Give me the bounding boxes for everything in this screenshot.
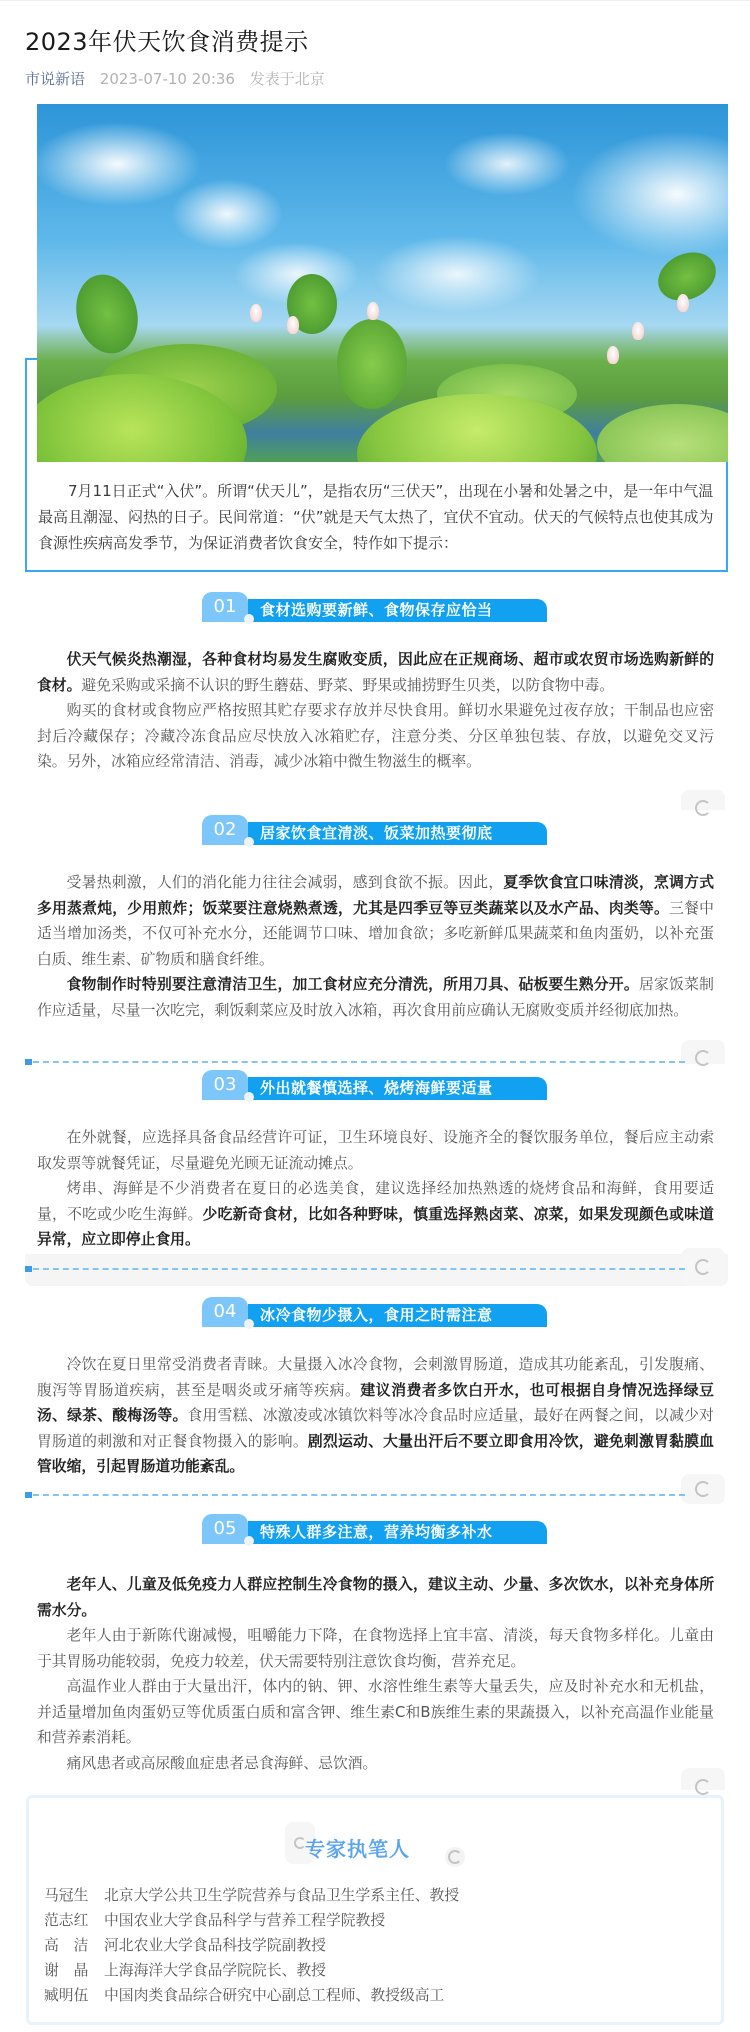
expert-name: 范志红 bbox=[44, 1908, 104, 1933]
expert-row: 马冠生北京大学公共卫生学院营养与食品卫生学系主任、教授 bbox=[44, 1883, 459, 1908]
expert-affiliation: 中国肉类食品综合研究中心副总工程师、教授级高工 bbox=[104, 1987, 444, 2004]
body-paragraph: 食物制作时特别要注意清洁卫生，加工食材应充分清洗，所用刀具、砧板要生熟分开。居家… bbox=[37, 972, 714, 1023]
section-body-05: 老年人、儿童及低免疫力人群应控制生冷食物的摄入，建议主动、少量、多次饮水，以补充… bbox=[37, 1572, 714, 1776]
section-title: 特殊人群多注意，营养均衡多补水 bbox=[248, 1521, 547, 1544]
body-paragraph: 购买的食材或食物应严格按照其贮存要求存放并尽快食用。鲜切水果避免过夜存放；干制品… bbox=[37, 698, 714, 775]
badge-dot-decoration bbox=[244, 1092, 254, 1102]
section-header-02: 02 居家饮食宜清淡、饭菜加热要彻底 bbox=[202, 815, 547, 845]
badge-dot-decoration bbox=[244, 1536, 254, 1546]
section-header-05: 05 特殊人群多注意，营养均衡多补水 bbox=[202, 1514, 547, 1544]
emphasis-text: 食物制作时特别要注意清洁卫生，加工食材应充分清洗，所用刀具、砧板要生熟分开。 bbox=[67, 976, 639, 993]
expert-row: 臧明伍中国肉类食品综合研究中心副总工程师、教授级高工 bbox=[44, 1983, 459, 2008]
lotus-leaf-decoration bbox=[337, 319, 407, 409]
body-paragraph: 高温作业人群由于大量出汗，体内的钠、钾、水溶性维生素等大量丢失，应及时补充水和无… bbox=[37, 1674, 714, 1751]
expert-affiliation: 上海海洋大学食品学院院长、教授 bbox=[104, 1962, 326, 1979]
section-body-01: 伏天气候炎热潮湿，各种食材均易发生腐败变质，因此应在正规商场、超市或农贸市场选购… bbox=[37, 647, 714, 775]
body-text: 避免采购或采摘不认识的野生蘑菇、野菜、野果或捕捞野生贝类，以防食物中毒。 bbox=[81, 677, 614, 694]
body-text: 在外就餐，应选择具备食品经营许可证，卫生环境良好、设施齐全的餐饮服务单位，餐后应… bbox=[37, 1129, 714, 1172]
loading-spinner-icon bbox=[681, 1768, 725, 1790]
expert-name: 臧明伍 bbox=[44, 1983, 104, 2008]
section-header-03: 03 外出就餐慎选择、烧烤海鲜要适量 bbox=[202, 1070, 547, 1100]
body-text: 老年人由于新陈代谢减慢，咀嚼能力下降，在食物选择上宜丰富、清淡，每天食物多样化。… bbox=[37, 1627, 714, 1670]
loading-spinner-icon bbox=[681, 1040, 725, 1064]
loading-spinner-icon bbox=[681, 1248, 725, 1286]
expert-row: 谢 晶上海海洋大学食品学院院长、教授 bbox=[44, 1958, 459, 1983]
body-paragraph: 老年人、儿童及低免疫力人群应控制生冷食物的摄入，建议主动、少量、多次饮水，以补充… bbox=[37, 1572, 714, 1623]
section-title: 居家饮食宜清淡、饭菜加热要彻底 bbox=[248, 822, 547, 845]
lotus-flower-decoration bbox=[677, 294, 689, 312]
section-body-03: 在外就餐，应选择具备食品经营许可证，卫生环境良好、设施齐全的餐饮服务单位，餐后应… bbox=[37, 1125, 714, 1253]
lotus-flower-decoration bbox=[367, 302, 379, 320]
section-number: 02 bbox=[202, 815, 248, 845]
section-title: 外出就餐慎选择、烧烤海鲜要适量 bbox=[248, 1077, 547, 1100]
hero-image bbox=[37, 104, 728, 462]
expert-row: 高 洁河北农业大学食品科技学院副教授 bbox=[44, 1933, 459, 1958]
article-title: 2023年伏天饮食消费提示 bbox=[25, 22, 309, 57]
expert-row: 范志红中国农业大学食品科学与营养工程学院教授 bbox=[44, 1908, 459, 1933]
expert-name: 马冠生 bbox=[44, 1883, 104, 1908]
lotus-flower-decoration bbox=[287, 316, 299, 334]
body-paragraph: 烤串、海鲜是不少消费者在夏日的必选美食，建议选择经加热熟透的烧烤食品和海鲜，食用… bbox=[37, 1176, 714, 1253]
lotus-flower-decoration bbox=[250, 304, 262, 322]
body-paragraph: 痛风患者或高尿酸血症患者忌食海鲜、忌饮酒。 bbox=[37, 1751, 714, 1777]
body-paragraph: 受暑热刺激，人们的消化能力往往会减弱，感到食欲不振。因此，夏季饮食宜口味清淡，烹… bbox=[37, 870, 714, 972]
publish-time: 2023-07-10 20:36 bbox=[100, 70, 235, 88]
body-paragraph: 冷饮在夏日里常受消费者青睐。大量摄入冰冷食物，会刺激胃肠道，造成其功能紊乱，引发… bbox=[37, 1352, 714, 1480]
section-header-04: 04 冰冷食物少摄入，食用之时需注意 bbox=[202, 1297, 547, 1327]
body-text: 购买的食材或食物应严格按照其贮存要求存放并尽快食用。鲜切水果避免过夜存放；干制品… bbox=[37, 702, 714, 770]
lotus-flower-decoration bbox=[632, 322, 644, 340]
badge-dot-decoration bbox=[244, 614, 254, 624]
lotus-flower-decoration bbox=[607, 346, 619, 364]
section-body-04: 冷饮在夏日里常受消费者青睐。大量摄入冰冷食物，会刺激胃肠道，造成其功能紊乱，引发… bbox=[37, 1352, 714, 1480]
lotus-leaf-decoration bbox=[597, 404, 728, 462]
badge-dot-decoration bbox=[244, 837, 254, 847]
section-header-01: 01 食材选购要新鲜、食物保存应恰当 bbox=[202, 592, 547, 622]
author-link[interactable]: 市说新语 bbox=[25, 70, 85, 88]
expert-affiliation: 河北农业大学食品科技学院副教授 bbox=[104, 1937, 326, 1954]
section-divider bbox=[25, 1059, 685, 1065]
section-number: 03 bbox=[202, 1070, 248, 1100]
body-paragraph: 伏天气候炎热潮湿，各种食材均易发生腐败变质，因此应在正规商场、超市或农贸市场选购… bbox=[37, 647, 714, 698]
section-title: 食材选购要新鲜、食物保存应恰当 bbox=[248, 599, 547, 622]
section-title: 冰冷食物少摄入，食用之时需注意 bbox=[248, 1304, 547, 1327]
loading-spinner-icon bbox=[445, 1847, 465, 1867]
section-divider bbox=[25, 1266, 685, 1272]
body-text: 受暑热刺激，人们的消化能力往往会减弱，感到食欲不振。因此， bbox=[67, 874, 504, 891]
expert-affiliation: 中国农业大学食品科学与营养工程学院教授 bbox=[104, 1912, 385, 1929]
section-number: 01 bbox=[202, 592, 248, 622]
expert-name: 谢 晶 bbox=[44, 1958, 104, 1983]
expert-affiliation: 北京大学公共卫生学院营养与食品卫生学系主任、教授 bbox=[104, 1887, 459, 1904]
lotus-leaf-decoration bbox=[68, 268, 147, 361]
expert-section-title: 专家执笔人 bbox=[305, 1833, 410, 1862]
section-divider bbox=[25, 1492, 685, 1498]
expert-list: 马冠生北京大学公共卫生学院营养与食品卫生学系主任、教授 范志红中国农业大学食品科… bbox=[44, 1883, 459, 2008]
body-text: 痛风患者或高尿酸血症患者忌食海鲜、忌饮酒。 bbox=[67, 1755, 378, 1772]
emphasis-text: 老年人、儿童及低免疫力人群应控制生冷食物的摄入，建议主动、少量、多次饮水，以补充… bbox=[37, 1576, 714, 1619]
loading-spinner-icon bbox=[681, 790, 725, 810]
expert-name: 高 洁 bbox=[44, 1933, 104, 1958]
intro-paragraph: 7月11日正式“入伏”。所谓“伏天儿”，是指农历“三伏天”，出现在小暑和处暑之中… bbox=[38, 478, 715, 556]
top-divider bbox=[0, 0, 750, 1]
section-number: 04 bbox=[202, 1297, 248, 1327]
body-paragraph: 老年人由于新陈代谢减慢，咀嚼能力下降，在食物选择上宜丰富、清淡，每天食物多样化。… bbox=[37, 1623, 714, 1674]
publish-location: 发表于北京 bbox=[250, 70, 325, 88]
article-meta: 市说新语 2023-07-10 20:36 发表于北京 bbox=[25, 68, 325, 89]
section-body-02: 受暑热刺激，人们的消化能力往往会减弱，感到食欲不振。因此，夏季饮食宜口味清淡，烹… bbox=[37, 870, 714, 1023]
section-number: 05 bbox=[202, 1514, 248, 1544]
badge-dot-decoration bbox=[244, 1319, 254, 1329]
loading-spinner-icon bbox=[681, 1474, 725, 1504]
body-paragraph: 在外就餐，应选择具备食品经营许可证，卫生环境良好、设施齐全的餐饮服务单位，餐后应… bbox=[37, 1125, 714, 1176]
body-text: 高温作业人群由于大量出汗，体内的钠、钾、水溶性维生素等大量丢失，应及时补充水和无… bbox=[37, 1678, 714, 1746]
